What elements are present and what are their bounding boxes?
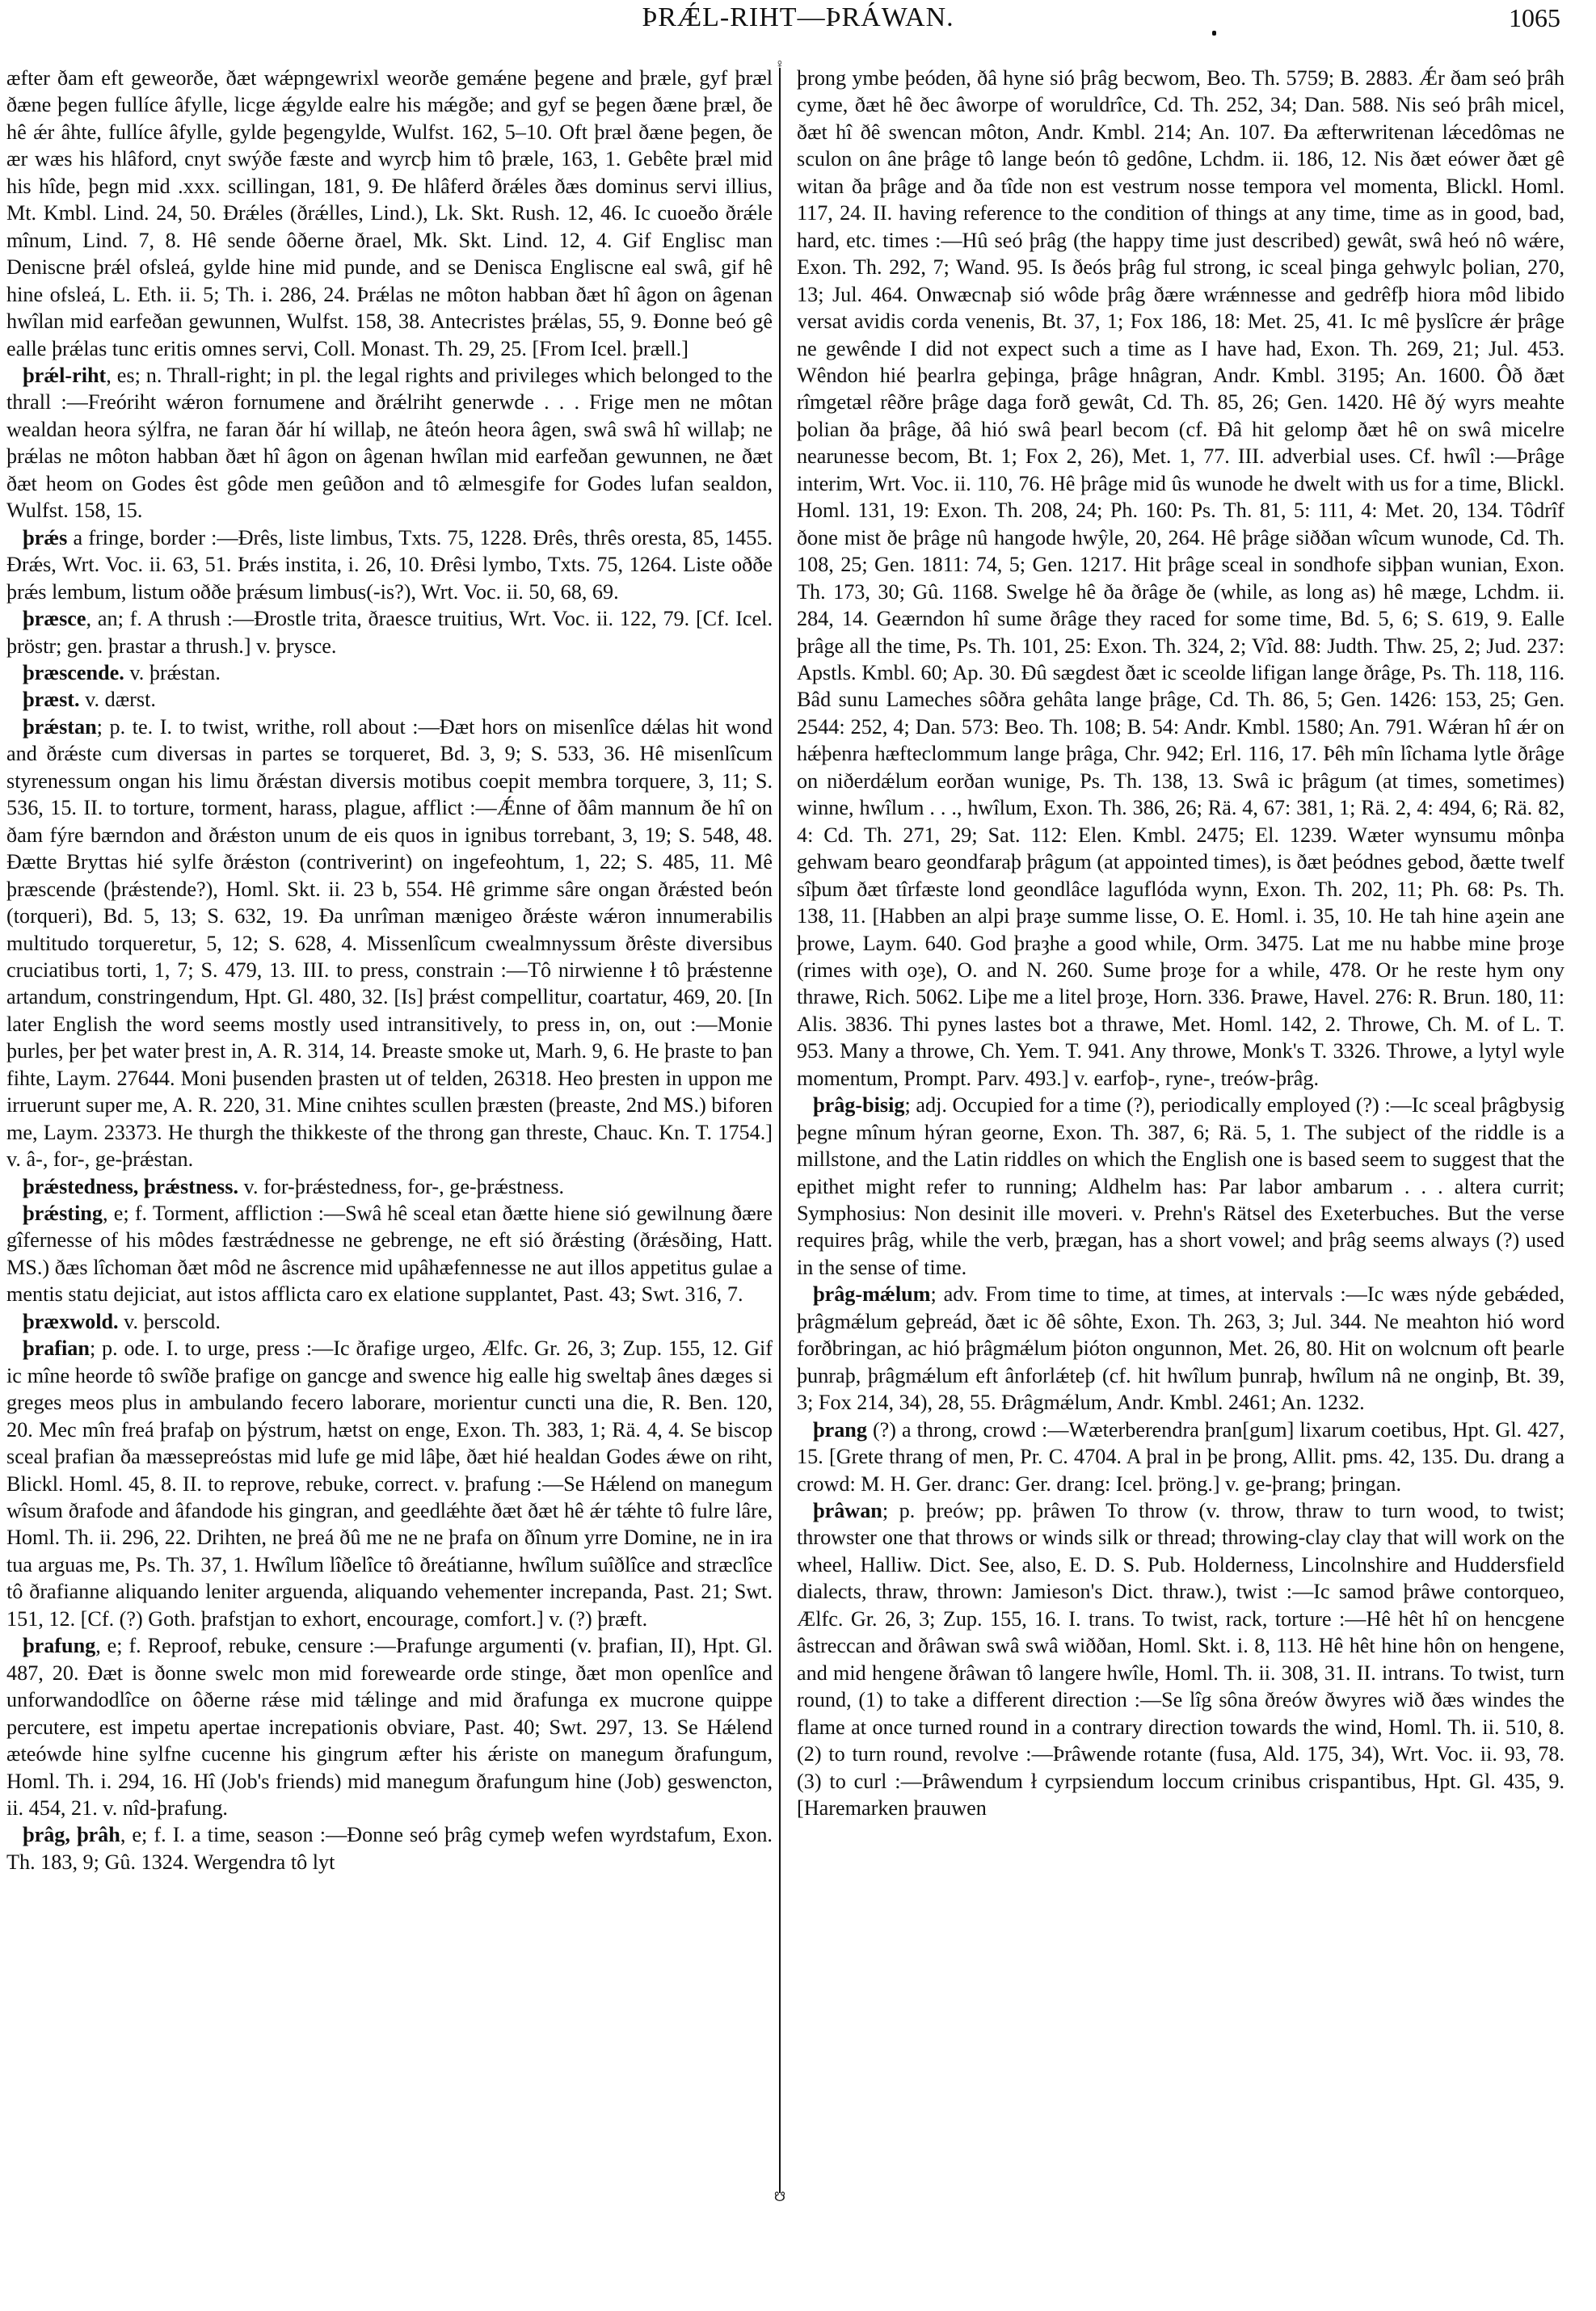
running-title: ÞRǼL-RIHT—ÞRÁWAN.	[0, 2, 1596, 34]
headword: þræsce	[23, 607, 86, 630]
dictionary-entry: þrǽs a fringe, border :—Ðrês, liste limb…	[6, 524, 773, 605]
headword: þrâg-bisig	[813, 1093, 905, 1117]
headword: þrǽstan	[23, 715, 97, 739]
entry-text: , es; n. Thrall-right; in pl. the legal …	[6, 364, 773, 522]
dictionary-entry: þrâg-mǽlum; adv. From time to time, at t…	[797, 1281, 1564, 1416]
dictionary-entry: þræxwold. v. þerscold.	[6, 1308, 773, 1335]
entry-text: ; adj. Occupied for a time (?), periodic…	[797, 1093, 1564, 1279]
entry-text: a fringe, border :—Ðrês, liste limbus, T…	[6, 526, 773, 604]
headword: þrâg, þrâh	[23, 1823, 120, 1846]
left-column: æfter ðam eft geweorðe, ðæt wǽpngewrixl …	[6, 65, 773, 1875]
entry-text: v. þerscold.	[119, 1310, 221, 1333]
dictionary-entry: þrâwan; p. þreów; pp. þrâwen To throw (v…	[797, 1497, 1564, 1821]
headword: þrǽstedness, þrǽstness.	[23, 1175, 238, 1198]
printer-mark	[1212, 31, 1216, 36]
divider-top-ornament-icon: ♀	[773, 58, 786, 71]
entry-text: v. þrǽstan.	[124, 661, 221, 684]
headword: þrǽl-riht	[23, 364, 106, 387]
dictionary-entry: þrong ymbe þeóden, ðâ hyne sió þrâg becw…	[797, 65, 1564, 1092]
headword: þrang	[813, 1418, 867, 1442]
divider-bottom-ornament-icon: ☋	[773, 2191, 786, 2204]
dictionary-entry: þrǽstan; p. te. I. to twist, writhe, rol…	[6, 714, 773, 1173]
entry-text: ; p. þreów; pp. þrâwen To throw (v. thro…	[797, 1499, 1564, 1820]
entry-text: , e; f. Torment, affliction :—Swâ hê sce…	[6, 1202, 773, 1306]
entry-text: v. for-þrǽstedness, for-, ge-þrǽstness.	[238, 1175, 564, 1198]
headword: þrǽsting	[23, 1202, 103, 1225]
dictionary-entry: þrafung, e; f. Reproof, rebuke, censure …	[6, 1632, 773, 1821]
dictionary-entry: þrǽstedness, þrǽstness. v. for-þrǽstedne…	[6, 1173, 773, 1200]
headword: þrǽs	[23, 526, 67, 549]
entry-text: æfter ðam eft geweorðe, ðæt wǽpngewrixl …	[6, 66, 773, 360]
dictionary-entry: þrâg-bisig; adj. Occupied for a time (?)…	[797, 1092, 1564, 1281]
headword: þrafian	[23, 1337, 90, 1360]
dictionary-entry: þrǽsting, e; f. Torment, affliction :—Sw…	[6, 1200, 773, 1308]
entry-text: , an; f. A thrush :—Ðrostle trita, ðraes…	[6, 607, 773, 657]
dictionary-entry: æfter ðam eft geweorðe, ðæt wǽpngewrixl …	[6, 65, 773, 362]
running-head: ÞRǼL-RIHT—ÞRÁWAN. 1065	[0, 0, 1596, 36]
headword: þræxwold.	[23, 1310, 119, 1333]
headword: þrâwan	[813, 1499, 882, 1522]
entry-text: v. dærst.	[80, 688, 156, 711]
dictionary-entry: þrǽl-riht, es; n. Thrall-right; in pl. t…	[6, 362, 773, 524]
entry-text: , e; f. I. a time, season :—Ðonne seó þr…	[6, 1823, 773, 1873]
column-divider	[779, 68, 781, 2193]
dictionary-entry: þræscende. v. þrǽstan.	[6, 659, 773, 686]
headword: þrâg-mǽlum	[813, 1282, 930, 1306]
entry-text: , e; f. Reproof, rebuke, censure :—Þrafu…	[6, 1634, 773, 1820]
page-number: 1065	[1509, 2, 1560, 34]
entry-text: þrong ymbe þeóden, ðâ hyne sió þrâg becw…	[797, 66, 1564, 1090]
dictionary-entry: þræst. v. dærst.	[6, 686, 773, 713]
headword: þræscende.	[23, 661, 124, 684]
dictionary-entry: þrafian; p. ode. I. to urge, press :—Ic …	[6, 1335, 773, 1632]
dictionary-entry: þrang (?) a throng, crowd :—Wæterberendr…	[797, 1416, 1564, 1497]
entry-text: ; p. ode. I. to urge, press :—Ic ðrafige…	[6, 1337, 773, 1631]
entry-text: ; p. te. I. to twist, writhe, roll about…	[6, 715, 773, 1171]
headword: þræst.	[23, 688, 80, 711]
entry-text: (?) a throng, crowd :—Wæterberendra þran…	[797, 1418, 1564, 1496]
headword: þrafung	[23, 1634, 95, 1657]
right-column: þrong ymbe þeóden, ðâ hyne sió þrâg becw…	[797, 65, 1564, 1821]
dictionary-entry: þræsce, an; f. A thrush :—Ðrostle trita,…	[6, 605, 773, 659]
dictionary-entry: þrâg, þrâh, e; f. I. a time, season :—Ðo…	[6, 1821, 773, 1875]
